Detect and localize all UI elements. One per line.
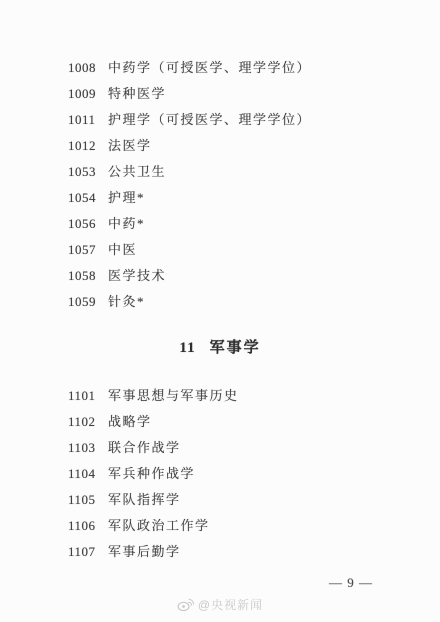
entry-row: 1106 军队政治工作学 bbox=[0, 513, 440, 539]
entry-row: 1056 中药* bbox=[0, 211, 440, 237]
entry-name: 护理* bbox=[108, 185, 145, 211]
entry-row: 1102 战略学 bbox=[0, 409, 440, 435]
entry-name: 军队政治工作学 bbox=[108, 513, 210, 539]
entry-name: 医学技术 bbox=[108, 263, 166, 289]
watermark-text: @央视新闻 bbox=[198, 596, 263, 613]
entry-code: 1009 bbox=[68, 81, 108, 107]
entry-name: 军事思想与军事历史 bbox=[108, 383, 239, 409]
entry-row: 1054 护理* bbox=[0, 185, 440, 211]
entry-row: 1011 护理学（可授医学、理学学位） bbox=[0, 107, 440, 133]
entry-code: 1105 bbox=[68, 487, 108, 513]
entry-name: 针灸* bbox=[108, 289, 145, 315]
section-title: 军事学 bbox=[210, 335, 261, 361]
entry-row: 1103 联合作战学 bbox=[0, 435, 440, 461]
entry-row: 1105 军队指挥学 bbox=[0, 487, 440, 513]
entry-code: 1106 bbox=[68, 513, 108, 539]
entry-name: 中药* bbox=[108, 211, 145, 237]
entry-code: 1056 bbox=[68, 211, 108, 237]
entry-row: 1059 针灸* bbox=[0, 289, 440, 315]
entry-name: 公共卫生 bbox=[108, 159, 166, 185]
entry-code: 1011 bbox=[68, 107, 108, 133]
entry-code: 1053 bbox=[68, 159, 108, 185]
entry-row: 1107 军事后勤学 bbox=[0, 539, 440, 565]
entry-code: 1104 bbox=[68, 461, 108, 487]
entry-name: 护理学（可授医学、理学学位） bbox=[108, 107, 311, 133]
watermark: @央视新闻 bbox=[0, 594, 440, 614]
entry-list-medicine: 1008 中药学（可授医学、理学学位） 1009 特种医学 1011 护理学（可… bbox=[0, 55, 440, 315]
entry-row: 1058 医学技术 bbox=[0, 263, 440, 289]
entry-name: 中医 bbox=[108, 237, 137, 263]
entry-code: 1008 bbox=[68, 55, 108, 81]
entry-name: 军事后勤学 bbox=[108, 539, 181, 565]
entry-name: 中药学（可授医学、理学学位） bbox=[108, 55, 311, 81]
entry-row: 1101 军事思想与军事历史 bbox=[0, 383, 440, 409]
entry-code: 1101 bbox=[68, 383, 108, 409]
entry-row: 1009 特种医学 bbox=[0, 81, 440, 107]
page-number: — 9 — bbox=[329, 572, 373, 594]
document-page: 1008 中药学（可授医学、理学学位） 1009 特种医学 1011 护理学（可… bbox=[0, 0, 440, 622]
entry-row: 1008 中药学（可授医学、理学学位） bbox=[0, 55, 440, 81]
entry-row: 1057 中医 bbox=[0, 237, 440, 263]
entry-code: 1012 bbox=[68, 133, 108, 159]
entry-name: 军兵种作战学 bbox=[108, 461, 195, 487]
entry-name: 战略学 bbox=[108, 409, 152, 435]
section-number: 11 bbox=[179, 335, 195, 361]
entry-name: 法医学 bbox=[108, 133, 152, 159]
entry-row: 1053 公共卫生 bbox=[0, 159, 440, 185]
entry-name: 军队指挥学 bbox=[108, 487, 181, 513]
entry-name: 特种医学 bbox=[108, 81, 166, 107]
entry-code: 1058 bbox=[68, 263, 108, 289]
entry-code: 1102 bbox=[68, 409, 108, 435]
entry-code: 1057 bbox=[68, 237, 108, 263]
entry-name: 联合作战学 bbox=[108, 435, 181, 461]
page-content: 1008 中药学（可授医学、理学学位） 1009 特种医学 1011 护理学（可… bbox=[0, 0, 440, 565]
entry-code: 1059 bbox=[68, 289, 108, 315]
entry-code: 1054 bbox=[68, 185, 108, 211]
entry-code: 1103 bbox=[68, 435, 108, 461]
entry-row: 1104 军兵种作战学 bbox=[0, 461, 440, 487]
entry-row: 1012 法医学 bbox=[0, 133, 440, 159]
section-heading-military-science: 11军事学 bbox=[0, 335, 440, 361]
weibo-icon bbox=[177, 597, 194, 612]
entry-list-military: 1101 军事思想与军事历史 1102 战略学 1103 联合作战学 1104 … bbox=[0, 383, 440, 565]
entry-code: 1107 bbox=[68, 539, 108, 565]
